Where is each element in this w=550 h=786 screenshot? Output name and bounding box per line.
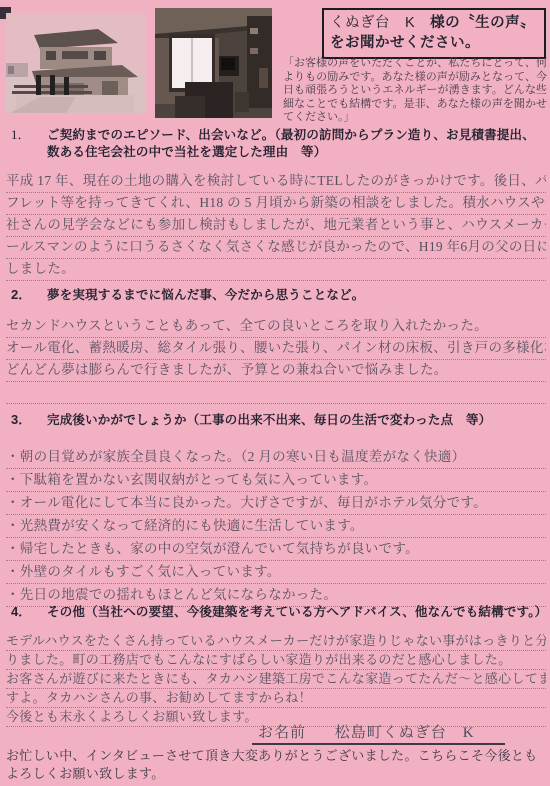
answer-line: ・光熱費が安くなって経済的にも快適に生活しています。 <box>6 515 546 538</box>
answer-line: ・帰宅したときも、家の中の空気が澄んでいて気持ちが良いです。 <box>6 538 546 561</box>
answer-line: お客さんが遊びに来たときにも、タカハシ建築工房でこんな家造ってたんだ～と感心して… <box>6 670 546 689</box>
closing-note: お忙しい中、インタビューさせて頂き大変ありがとうございました。こちらこそ今後とも… <box>6 747 544 782</box>
answer-line: りました。町の工務店でもこんなにすばらしい家造りが出来るのだと感心しました。 <box>6 651 546 670</box>
section-4-heading: 4． その他（当社への要望、今後建築を考えている方へアドバイス、他なんでも結構で… <box>0 604 542 621</box>
house-exterior-illustration <box>6 13 146 113</box>
answer-line: モデルハウスをたくさん持っているハウスメーカーだけが家造りじゃない事がはっきりと… <box>6 632 546 651</box>
answer-line: すよ。タカハシさんの事、お勧めしてますからね！ <box>6 689 546 708</box>
section-4-number: 4． <box>0 604 47 621</box>
answer-line: しました。 <box>6 259 546 281</box>
answer-line: セカンドハウスということもあって、全ての良いところを取り入れたかった。 <box>6 316 546 338</box>
section-3-heading-text: 完成後いかがでしょうか（工事の出来不出来、毎日の生活で変わった点 等） <box>47 412 542 429</box>
answer-block-2: セカンドハウスということもあって、全ての良いところを取り入れたかった。 オール電… <box>6 316 546 404</box>
title-box: くぬぎ台 K 様の〝生の声〟をお聞かせください。 <box>322 8 546 59</box>
answer-line: ールスマンのように口うるさくなく気さくな感じが良かったので、H19 年6月の父の… <box>6 237 546 259</box>
ruled-line-empty <box>6 382 546 404</box>
signature-row: お名前 松島町くぬぎ台 K <box>252 724 505 745</box>
answer-block-4: モデルハウスをたくさん持っているハウスメーカーだけが家造りじゃない事がはっきりと… <box>6 632 546 727</box>
answer-line: フレット等を持ってきてくれ、H18 の 5 月頃から新築の相談をしました。積水ハ… <box>6 193 546 215</box>
answer-block-1: 平成 17 年、現在の土地の購入を検討している時にTELしたのがきっかけです。後… <box>6 171 546 281</box>
answer-line: どんどん夢は膨らんで行きましたが、予算との兼ね合いで悩みました。 <box>6 360 546 382</box>
section-2-heading-text: 夢を実現するまでに悩んだ事、今だから思うことなど。 <box>47 287 542 304</box>
answer-line: 社さんの見学会などにも参加し検討もしましたが、地元業者という事と、ハウスメーカー… <box>6 215 546 237</box>
section-1-heading-text: ご契約までのエピソード、出会いなど。（最初の訪問からプラン造り、お見積書提出、数… <box>47 127 542 160</box>
name-value: 松島町くぬぎ台 K <box>335 725 475 741</box>
answer-line: ・朝の目覚めが家族全員良くなった。（2 月の寒い日も温度差がなく快適） <box>6 446 546 469</box>
answer-line: オール電化、蓄熱暖房、総タイル張り、腰いた張り、パイン材の床板、引き戸の多様化な… <box>6 338 546 360</box>
questionnaire-sheet: { "theme": { "paper": "#f2b0c3", "ink-he… <box>0 0 550 786</box>
title-customer-name: くぬぎ台 K <box>330 15 430 31</box>
intro-quote: 「お客様の声をいただくことが、私たちにとって、何よりもの励みです。あなた様の声が… <box>283 57 547 125</box>
section-1-heading: 1． ご契約までのエピソード、出会いなど。（最初の訪問からプラン造り、お見積書提… <box>0 127 542 160</box>
answer-block-3: ・朝の目覚めが家族全員良くなった。（2 月の寒い日も温度差がなく快適） ・下駄箱… <box>6 446 546 607</box>
answer-line: ・外壁のタイルもすごく気に入っています。 <box>6 561 546 584</box>
answer-line: 平成 17 年、現在の土地の購入を検討している時にTELしたのがきっかけです。後… <box>6 171 546 193</box>
name-label: お名前 <box>258 725 306 741</box>
section-2-number: 2． <box>0 287 47 304</box>
answer-line: ・下駄箱を置かない玄関収納がとっても気に入っています。 <box>6 469 546 492</box>
living-room-illustration <box>155 8 272 118</box>
living-room-interior-photo <box>155 8 272 118</box>
house-exterior-photo <box>6 13 146 113</box>
section-1-number: 1． <box>0 127 47 160</box>
section-3-heading: 3． 完成後いかがでしょうか（工事の出来不出来、毎日の生活で変わった点 等） <box>0 412 542 429</box>
section-4-heading-text: その他（当社への要望、今後建築を考えている方へアドバイス、他なんでも結構です。） <box>47 604 542 621</box>
section-3-number: 3． <box>0 412 47 429</box>
answer-line: ・オール電化にして本当に良かった。大げさですが、毎日がホテル気分です。 <box>6 492 546 515</box>
section-2-heading: 2． 夢を実現するまでに悩んだ事、今だから思うことなど。 <box>0 287 542 304</box>
